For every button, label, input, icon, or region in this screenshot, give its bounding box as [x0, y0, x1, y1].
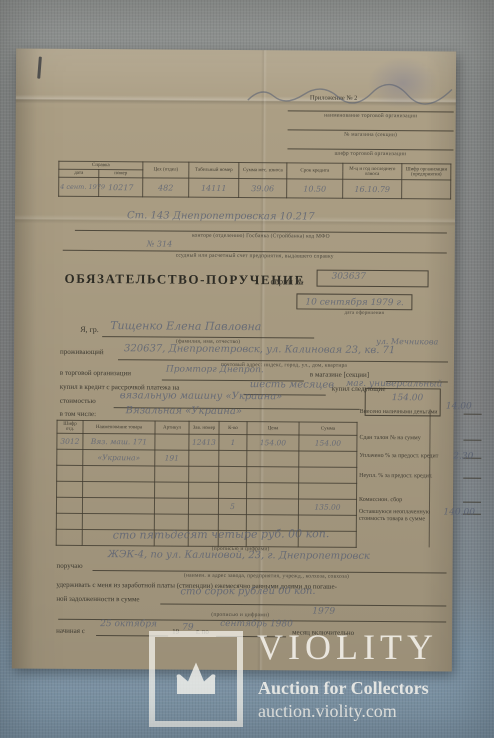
payment-item: Неупл. % за предост. кредит. — [359, 473, 483, 481]
table1-subheader-date: дата — [59, 169, 99, 177]
account-caption: ссудный или расчетный счет предприятия, … — [63, 252, 447, 261]
residence-label: проживающий — [60, 348, 104, 356]
goods-table-cell — [299, 467, 357, 483]
start-label: начиная с — [56, 627, 85, 635]
goods-table-cell: 3012 — [57, 433, 83, 449]
table1-cell-srok: 10.50 — [287, 179, 343, 198]
photo-of-document: Приложение № 2 наименование торговой орг… — [0, 0, 494, 738]
table1-header-tabel: Табельный номер — [189, 162, 239, 178]
table1-cell-date: 4 сент. 1979 — [59, 177, 99, 196]
payment-item-label: Сдан талон № на сумму — [359, 435, 420, 441]
series-number-handwriting: 303637 — [332, 272, 366, 282]
payment-item: Комиссион. сбор — [359, 497, 483, 505]
goods-table-header: Сумма — [299, 422, 357, 435]
series-number-box: 303637 — [317, 270, 429, 288]
goods-table-cell — [246, 499, 298, 515]
goods-table-cell — [57, 481, 83, 497]
payment-item-label: Комиссион. сбор — [359, 497, 402, 503]
goods-table-cell — [83, 465, 155, 482]
pen-mark — [37, 57, 42, 79]
deduct-text-2: ной задолженности в сумме — [56, 595, 139, 604]
watermark-brand: VIOLITY — [257, 626, 438, 668]
citizen-label: Я, гр. — [80, 325, 99, 334]
goods-table-cell — [247, 451, 299, 467]
goods-table-cell: 154.00 — [299, 435, 357, 451]
trade-org-label: в торговой организации — [60, 369, 131, 377]
trade-org-handwriting: Промторг Днепроп. — [166, 365, 264, 376]
goods-table-cell — [82, 497, 154, 514]
handwriting-flourish-icon — [244, 80, 456, 109]
table1-header-ceh: Цех (отдел) — [143, 162, 189, 178]
employer-handwriting: ЖЭК-4, по ул. Калиновой, 23, г. Днепропе… — [108, 549, 370, 562]
store-label: в магазине [секции] — [310, 371, 369, 379]
goods-table-cell — [154, 498, 188, 514]
watermark-frame — [149, 631, 243, 727]
bank-handwriting: Ст. 143 Днепропетровская 10.217 — [127, 210, 315, 222]
cost-words-handwriting: вязальную машину «Украина» — [120, 390, 283, 402]
total-words-handwriting: сто пятьдесят четыре руб. 00 коп. — [113, 527, 330, 542]
goods-table-cell — [219, 466, 247, 482]
goods-table-cell — [189, 450, 219, 466]
citizen-name-handwriting: Тищенко Елена Павловна — [110, 319, 261, 333]
goods-table-header: Артикул — [155, 421, 189, 434]
goods-table-cell — [247, 483, 299, 499]
entrust-caption: (наимен. и адрес завода, предприятия, уч… — [116, 572, 416, 580]
goods-table-cell — [57, 449, 83, 465]
payments-block: Внесено наличными деньгамиСдан талон № н… — [360, 409, 456, 410]
goods-table-cell — [56, 529, 82, 545]
goods-table-cell — [155, 482, 189, 498]
payment-value-line — [463, 502, 481, 503]
table1-header-shifr: Шифр организации (предприятия) — [402, 164, 451, 180]
goods-table-cell — [83, 481, 155, 498]
address2-handwriting: ул. Мечникова — [376, 337, 438, 346]
goods-table-cell — [219, 482, 247, 498]
date-handwriting: 10 сентября 1979 г. — [305, 297, 403, 308]
payment-item-label: Внесено наличными деньгами — [360, 409, 438, 416]
org-name-caption: наименование торговой организации — [288, 112, 454, 119]
payment-value-cash: 14.00 — [446, 401, 472, 411]
goods-table-cell — [299, 483, 357, 499]
credit-reference-table: Справка Цех (отдел) Табельный номер Сумм… — [58, 161, 451, 200]
goods-table-cell — [189, 466, 219, 482]
address-handwriting: 320637, Днепропетровск, ул. Калиновая 23… — [124, 343, 395, 356]
payment-item-label: Оставшуюся неоплаченную стоимость товара… — [359, 509, 430, 523]
payment-item: Сдан талон № на сумму — [359, 435, 483, 443]
watermark-url: auction.violity.com — [258, 701, 397, 722]
including-handwriting: Вязальная «Украина» — [126, 405, 242, 417]
table1-cell-tabel: 14111 — [189, 178, 239, 197]
date-caption: дата оформления — [314, 311, 414, 317]
date-box: 10 сентября 1979 г. — [296, 293, 412, 310]
payment-value-remainder: 140.00 — [443, 507, 475, 517]
goods-table-cell: 191 — [155, 450, 189, 466]
goods-table-cell — [57, 465, 83, 481]
cost-sum-handwriting: 154.00 — [392, 393, 424, 403]
document-paper: Приложение № 2 наименование торговой орг… — [12, 48, 456, 671]
account-handwriting: № 314 — [147, 239, 172, 248]
goods-table-cell: 1 — [219, 434, 247, 450]
payment-item-label: Неупл. % за предост. кредит. — [359, 473, 432, 480]
including-label: в том числе: — [60, 410, 97, 418]
goods-table-cell — [247, 467, 299, 483]
org-code-caption: шифр торговой организации — [287, 150, 453, 157]
entrust-label: поручаю — [57, 562, 83, 570]
cost-label: стоимостью — [60, 397, 96, 405]
table1-header-month: М-ц и год последнего взноса — [343, 163, 402, 179]
crown-icon — [171, 660, 221, 698]
table1-header-summa: Сумма мес. взноса — [239, 163, 287, 179]
payment-value-line — [463, 440, 481, 441]
table1-cell-nomer: 10217 — [99, 178, 143, 197]
goods-table-cell — [189, 482, 219, 498]
payment-value-line — [463, 478, 481, 479]
payment-value-line — [464, 414, 482, 415]
deduct-handwriting: сто сорок рублей 00 коп. — [180, 586, 315, 597]
goods-table-cell — [219, 450, 247, 466]
goods-table-header: К-во — [219, 421, 247, 434]
goods-table-cell — [155, 466, 189, 482]
goods-table-header: Цена — [247, 422, 299, 435]
goods-table-cell — [155, 434, 189, 450]
table1-cell-month: 16.10.79 — [343, 179, 402, 198]
goods-table-cell: 135.00 — [298, 499, 356, 515]
payment-value-percent: 2.30 — [453, 452, 473, 462]
table1-header-srok: Срок кредита — [287, 163, 343, 179]
goods-table-header: Наименование товара — [83, 420, 155, 434]
credit-term-handwriting: шесть месяцев — [250, 379, 334, 391]
start-month-handwriting: 25 октября — [100, 619, 157, 629]
words2-handwriting: 1979 — [312, 607, 335, 617]
table1-cell-shifr — [402, 180, 451, 199]
goods-table-cell — [299, 451, 357, 467]
goods-table-cell: «Украина» — [83, 449, 155, 466]
series-label: серии № — [271, 276, 304, 286]
words-caption-2: (прописью и цифрами) — [170, 612, 310, 619]
payment-item-label: Уплачено % за предост. кредит — [359, 453, 438, 460]
table1-cell-ceh: 482 — [143, 178, 189, 197]
goods-table-cell — [56, 513, 82, 529]
watermark-tagline: Auction for Collectors — [258, 678, 429, 699]
goods-table-header: Зав. номер — [189, 421, 219, 434]
goods-table-cell — [188, 498, 218, 514]
goods-table-cell: 154.00 — [247, 435, 299, 451]
goods-table-header: Шифр отд. — [57, 420, 83, 433]
deduct-sum-line — [160, 603, 446, 606]
store-number-caption: № магазина (секции) — [288, 131, 454, 138]
document-title: ОБЯЗАТЕЛЬСТВО-ПОРУЧЕНИЕ — [65, 271, 305, 289]
goods-table-cell: 12413 — [189, 434, 219, 450]
goods-table-cell: 5 — [218, 498, 246, 514]
goods-table-cell — [56, 497, 82, 513]
table1-cell-summa: 39.06 — [239, 179, 287, 198]
goods-table-cell: Вяз. маш. 171 — [83, 433, 155, 450]
bank-caption: конторе (отделению) Госбанка (Стройбанка… — [75, 232, 447, 241]
